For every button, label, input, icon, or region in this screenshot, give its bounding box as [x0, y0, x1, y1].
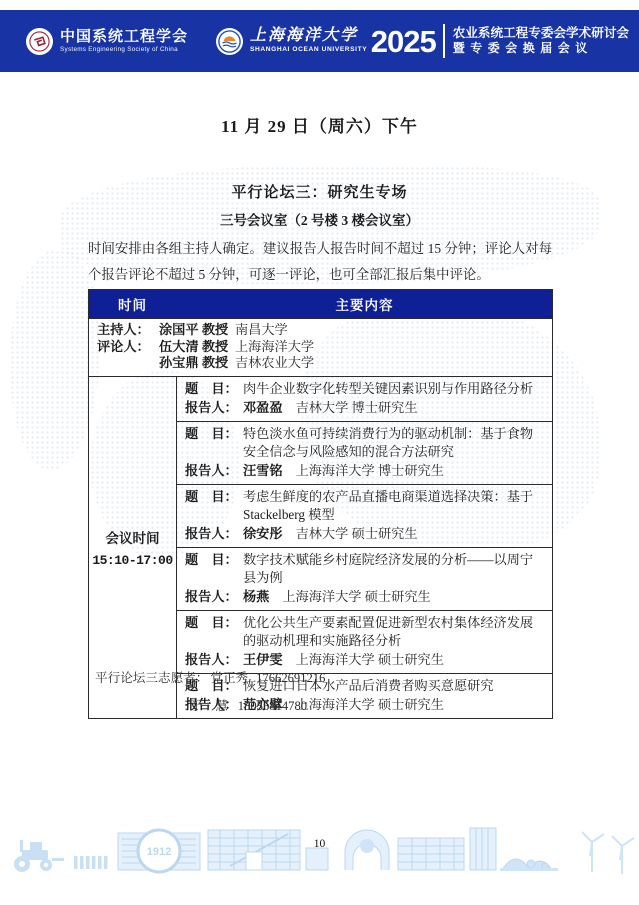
- host-line: 孙宝鼎 教授 吉林农业大学: [97, 355, 544, 372]
- presenter-name: 徐安彤: [243, 525, 283, 543]
- volunteer-phone: 17662691216: [256, 671, 325, 685]
- presentation-title: 肉牛企业数字化转型关键因素识别与作用路径分析: [243, 380, 544, 398]
- presenter-label: 报告人：: [185, 651, 243, 669]
- presentation-title: 考虑生鲜度的农产品直播电商渠道选择决策：基于 Stackelberg 模型: [243, 488, 544, 524]
- footer-cityscape-graphic: 1912: [0, 820, 639, 884]
- presenter-name: 杨燕: [243, 588, 269, 606]
- presentation-row: 题 目：数字技术赋能乡村庭院经济发展的分析——以周宁县为例 报告人：杨燕上海海洋…: [177, 547, 552, 610]
- presenter-affiliation: 上海海洋大学 硕士研究生: [296, 651, 444, 669]
- presenter-name: 汪雪铭: [243, 462, 283, 480]
- presentation-row: 题 目：特色淡水鱼可持续消费行为的驱动机制：基于食物安全信念与风险感知的混合方法…: [177, 421, 552, 484]
- presentation-row: 题 目：考虑生鲜度的农产品直播电商渠道选择决策：基于 Stackelberg 模…: [177, 484, 552, 547]
- shou-logo-icon: [216, 28, 243, 55]
- presenter-name: 邓盈盈: [243, 399, 283, 417]
- host-role-label: [97, 355, 159, 372]
- host-name: 涂国平 教授: [159, 322, 235, 339]
- host-affiliation: 南昌大学: [235, 322, 288, 339]
- event-title-line2: 暨专委会换届会议: [453, 41, 629, 56]
- sesc-name-en: Systems Engineering Society of China: [60, 47, 188, 54]
- column-header-content: 主要内容: [176, 290, 552, 318]
- event-title-line1: 农业系统工程专委会学术研讨会: [453, 26, 629, 42]
- volunteer-phone: 15055814780: [238, 699, 307, 713]
- building-1912: 1912: [118, 830, 200, 872]
- sesc-logo-group: 中国系统工程学会 Systems Engineering Society of …: [26, 28, 188, 55]
- table-header-row: 时间 主要内容: [89, 290, 552, 319]
- host-line: 评论人： 伍大清 教授 上海海洋大学: [97, 339, 544, 356]
- presenter-affiliation: 吉林大学 博士研究生: [296, 399, 418, 417]
- volunteer-line-1: 平行论坛三志愿者：党正秀17662691216: [95, 667, 325, 686]
- bridge-graphic: [500, 859, 558, 871]
- sesc-name-cn: 中国系统工程学会: [60, 29, 188, 45]
- event-year: 2025: [371, 26, 436, 57]
- worldmap-dots-background: [10, 250, 100, 470]
- volunteer-name: 党正秀: [210, 671, 248, 685]
- title-label: 题 目：: [185, 425, 243, 461]
- presenter-label: 报告人：: [185, 588, 243, 606]
- forum-title: 平行论坛三：研究生专场: [0, 181, 639, 202]
- host-affiliation: 上海海洋大学: [235, 339, 314, 356]
- host-name: 伍大清 教授: [159, 339, 235, 356]
- title-label: 题 目：: [185, 380, 243, 398]
- schedule-note: 时间安排由各组主持人确定。建议报告人报告时间不超过 15 分钟；评论人对每个报告…: [88, 236, 552, 288]
- building-crane: [208, 830, 300, 870]
- header-banner: 中国系统工程学会 Systems Engineering Society of …: [0, 10, 639, 72]
- presentation-title: 特色淡水鱼可持续消费行为的驱动机制：基于食物安全信念与风险感知的混合方法研究: [243, 425, 544, 461]
- presenter-name: 王伊雯: [243, 651, 283, 669]
- sesc-logo-icon: [26, 28, 53, 55]
- shou-name-cn: 上海海洋大学: [250, 28, 367, 45]
- shou-name-en: SHANGHAI OCEAN UNIVERSITY: [250, 47, 367, 54]
- presenter-label: 报告人：: [185, 399, 243, 417]
- arch-gate: [345, 830, 389, 870]
- event-title-group: 2025 农业系统工程专委会学术研讨会 暨专委会换届会议: [371, 24, 629, 58]
- banner-divider: [443, 24, 445, 58]
- presenter-affiliation: 上海海洋大学 博士研究生: [296, 462, 444, 480]
- fence-graphic: [74, 856, 108, 869]
- host-name: 孙宝鼎 教授: [159, 355, 235, 372]
- title-label: 题 目：: [185, 488, 243, 524]
- volunteer-name: 于 慧: [190, 699, 228, 713]
- date-heading: 11 月 29 日（周六）下午: [0, 112, 639, 137]
- hosts-row: 主持人： 涂国平 教授 南昌大学 评论人： 伍大清 教授 上海海洋大学 孙宝鼎 …: [89, 319, 552, 377]
- presenter-affiliation: 上海海洋大学 硕士研究生: [296, 696, 444, 714]
- host-role-label: 主持人：: [97, 322, 159, 339]
- page-number: 10: [0, 838, 639, 850]
- volunteer-line-2: 于 慧15055814780: [190, 695, 307, 714]
- presenter-affiliation: 吉林大学 硕士研究生: [296, 525, 418, 543]
- presentation-row: 题 目：肉牛企业数字化转型关键因素识别与作用路径分析 报告人：邓盈盈吉林大学 博…: [177, 377, 552, 421]
- session-time-value: 15:10-17:00: [92, 553, 172, 568]
- host-line: 主持人： 涂国平 教授 南昌大学: [97, 322, 544, 339]
- presentation-title: 数字技术赋能乡村庭院经济发展的分析——以周宁县为例: [243, 551, 544, 587]
- column-header-time: 时间: [89, 290, 176, 318]
- title-label: 题 目：: [185, 614, 243, 650]
- presenter-affiliation: 上海海洋大学 硕士研究生: [282, 588, 430, 606]
- small-building: [306, 848, 328, 870]
- title-label: 题 目：: [185, 551, 243, 587]
- host-affiliation: 吉林农业大学: [235, 355, 314, 372]
- room-subtitle: 三号会议室（2 号楼 3 楼会议室）: [0, 209, 639, 229]
- presenter-label: 报告人：: [185, 525, 243, 543]
- presentation-title: 优化公共生产要素配置促进新型农村集体经济发展的驱动机理和实施路径分析: [243, 614, 544, 650]
- presentation-row: 题 目：优化公共生产要素配置促进新型农村集体经济发展的驱动机理和实施路径分析 报…: [177, 610, 552, 673]
- shou-logo-group: 上海海洋大学 SHANGHAI OCEAN UNIVERSITY: [216, 28, 367, 55]
- host-role-label: 评论人：: [97, 339, 159, 356]
- session-time-label: 会议时间: [106, 527, 160, 547]
- presenter-label: 报告人：: [185, 462, 243, 480]
- volunteer-label: 平行论坛三志愿者：: [95, 671, 208, 685]
- program-table: 时间 主要内容 主持人： 涂国平 教授 南昌大学 评论人： 伍大清 教授 上海海…: [88, 289, 553, 719]
